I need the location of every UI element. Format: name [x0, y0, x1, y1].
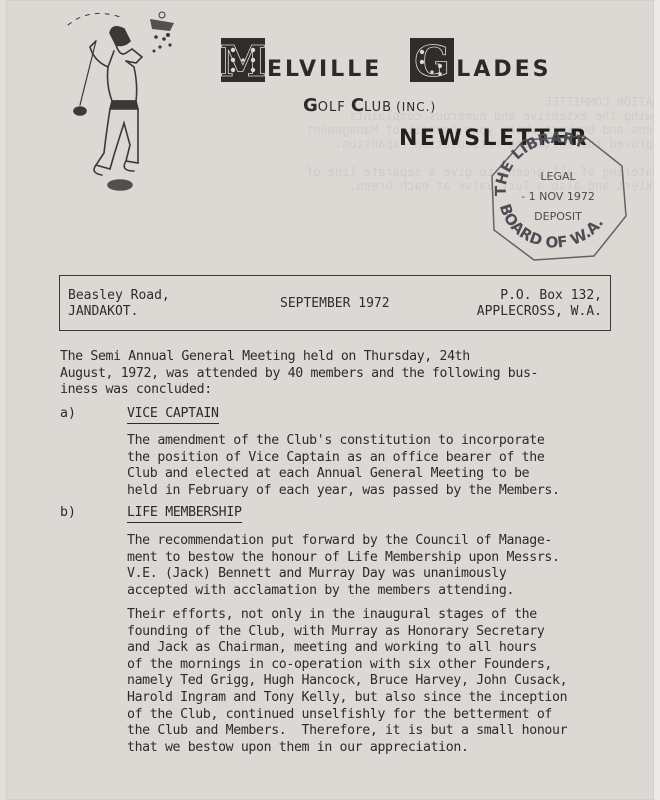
- intro-paragraph: The Semi Annual General Meeting held on …: [60, 349, 538, 399]
- club-title: M ELVILLE G LADES: [221, 38, 551, 82]
- svg-text:LEGAL: LEGAL: [540, 170, 576, 183]
- golfer-illustration-icon: [50, 5, 180, 195]
- issue-date: SEPTEMBER 1972: [280, 296, 390, 311]
- library-stamp-icon: THE LIBRARY BOARD OF W.A. LEGAL - 1 NOV …: [484, 130, 634, 270]
- item-b-label: b): [60, 505, 76, 520]
- svg-text:G: G: [414, 38, 450, 82]
- item-b-paragraph-1: The recommendation put forward by the Co…: [127, 533, 560, 599]
- item-a-paragraph: The amendment of the Club's constitution…: [127, 433, 560, 499]
- postal-address: P.O. Box 132, APPLECROSS, W.A.: [477, 288, 602, 320]
- item-b-heading: LIFE MEMBERSHIP: [127, 505, 242, 523]
- svg-text:- 1 NOV 1972: - 1 NOV 1972: [521, 190, 595, 203]
- title-word2-rest: LADES: [456, 57, 551, 82]
- title-word1-rest: ELVILLE: [267, 57, 382, 82]
- item-a-label: a): [60, 406, 76, 421]
- club-subtitle: GOLF CLUB(INC.): [303, 95, 436, 116]
- newsletter-page: RETICULATION COMMITTEE Following the ext…: [6, 0, 654, 800]
- ornate-initial-g: G: [410, 38, 454, 82]
- item-b-paragraph-2: Their efforts, not only in the inaugural…: [127, 607, 567, 756]
- ornate-initial-m: M: [221, 38, 265, 82]
- club-address: Beasley Road, JANDAKOT.: [68, 288, 170, 320]
- svg-text:DEPOSIT: DEPOSIT: [534, 210, 582, 223]
- item-a-heading: VICE CAPTAIN: [127, 406, 219, 424]
- address-info-box: Beasley Road, JANDAKOT. SEPTEMBER 1972 P…: [59, 275, 611, 331]
- page-edge: [654, 0, 660, 800]
- svg-text:THE LIBRARY: THE LIBRARY: [492, 130, 589, 196]
